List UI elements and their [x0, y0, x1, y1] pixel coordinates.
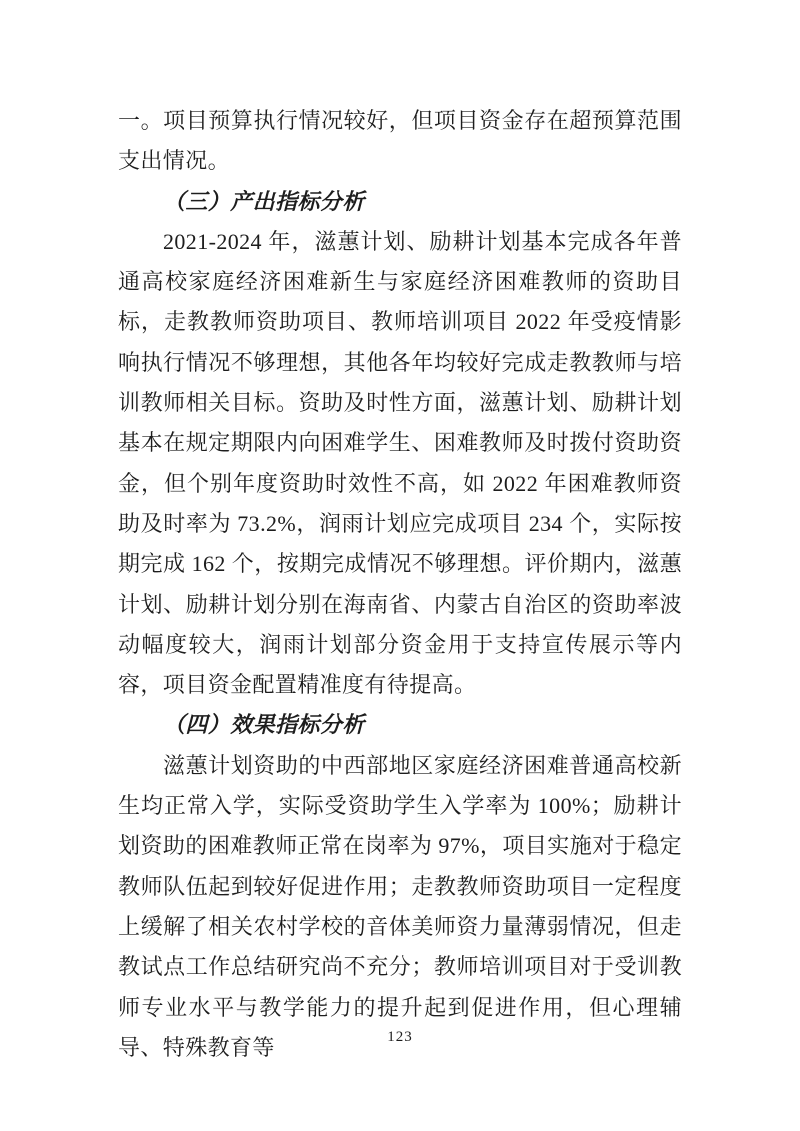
section-heading-effect-indicator-analysis: （四）效果指标分析: [118, 705, 682, 745]
paragraph-budget-execution: 一。项目预算执行情况较好，但项目资金存在超预算范围支出情况。: [118, 101, 682, 182]
paragraph-effect-indicator-detail: 滋蕙计划资助的中西部地区家庭经济困难普通高校新生均正常入学，实际受资助学生入学率…: [118, 746, 682, 1068]
paragraph-output-indicator-detail: 2021-2024 年，滋蕙计划、励耕计划基本完成各年普通高校家庭经济困难新生与…: [118, 222, 682, 706]
document-page: 一。项目预算执行情况较好，但项目资金存在超预算范围支出情况。 （三）产出指标分析…: [0, 0, 800, 1131]
section-heading-output-indicator-analysis: （三）产出指标分析: [118, 182, 682, 222]
document-content: 一。项目预算执行情况较好，但项目资金存在超预算范围支出情况。 （三）产出指标分析…: [118, 101, 682, 1068]
page-number: 123: [387, 1029, 413, 1045]
page-footer: 123: [0, 1028, 800, 1046]
